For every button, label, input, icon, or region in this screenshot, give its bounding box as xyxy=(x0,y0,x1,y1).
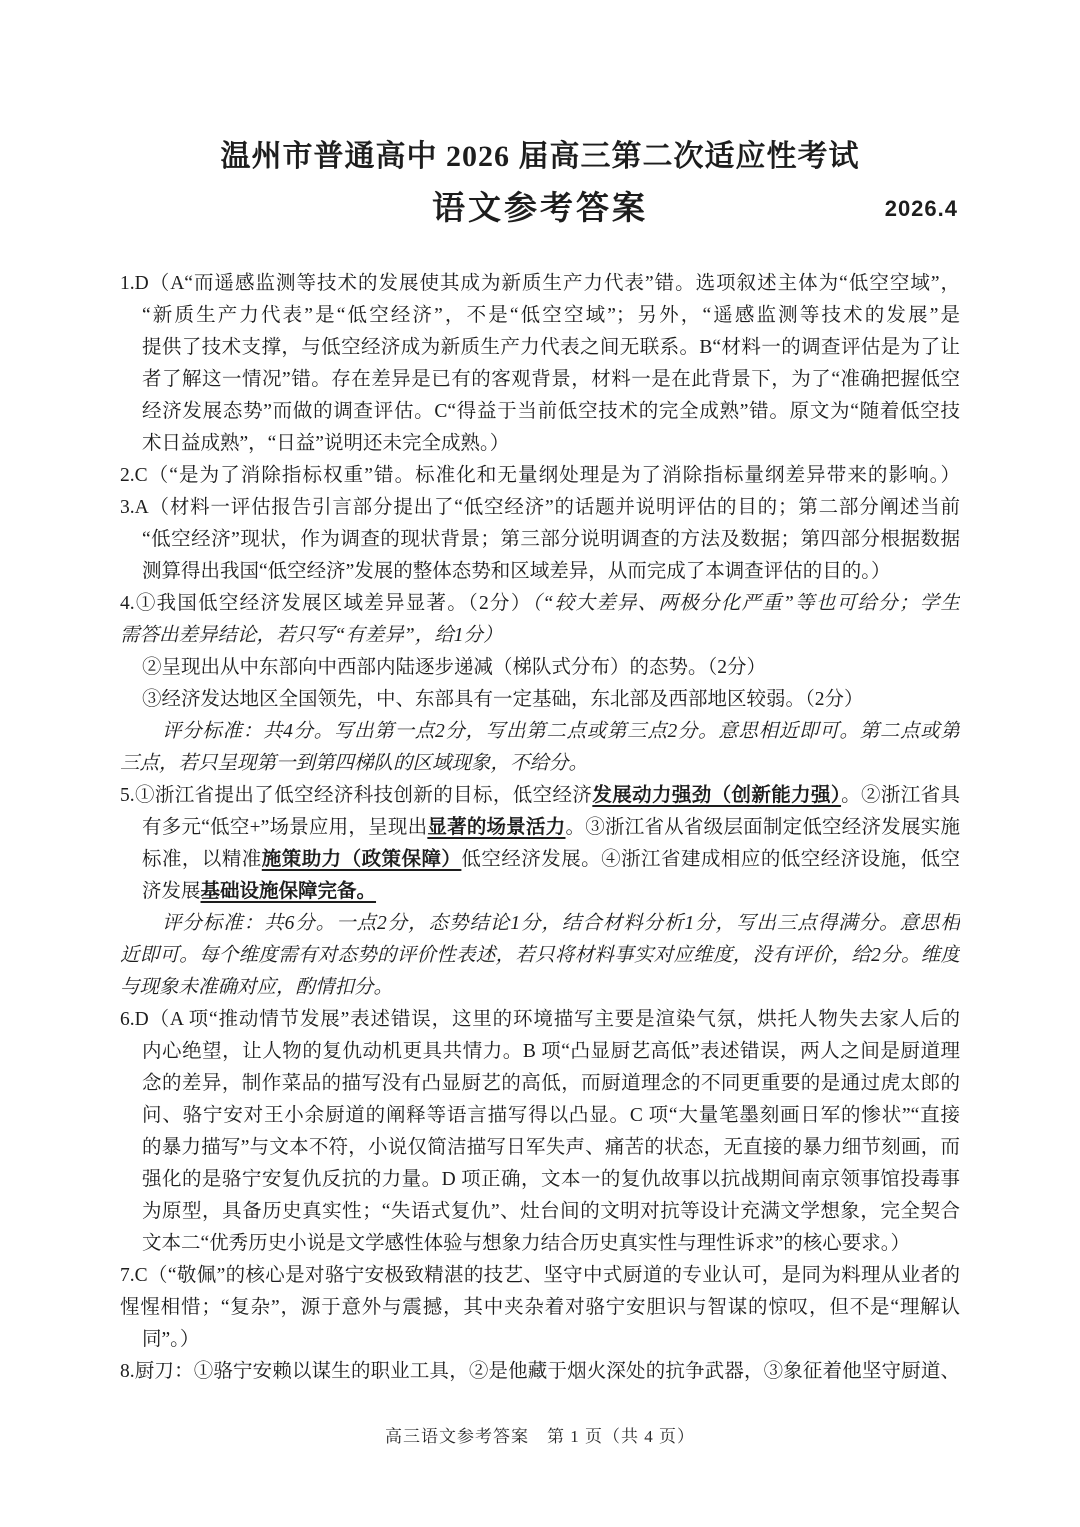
text-segment-normal: 3.A（材料一评估报告引言部分提出了“低空经济”的话题并说明评估的目的；第二部分… xyxy=(120,497,960,518)
text-segment-kaiti: 近即可。每个维度需有对态势的评价性表述，若只将材料事实对应维度，没有评价，给2分… xyxy=(120,945,960,966)
text-segment-normal: 强化的是骆宁安复仇反抗的力量。D 项正确，文本一的复仇故事以抗战期间南京领事馆投… xyxy=(142,1169,960,1196)
answer-line: 需答出差异结论，若只写“有差异”，给1分） xyxy=(120,620,960,652)
text-segment-bold-underline: 基础设施保障完备。 xyxy=(201,881,377,902)
answer-line: ②呈现出从中东部向中西部内陆逐步递减（梯队式分布）的态势。（2分） xyxy=(120,652,960,684)
text-segment-kaiti: 与现象未准确对应，酌情扣分。 xyxy=(120,977,393,998)
text-segment-normal: ②呈现出从中东部向中西部内陆逐步递减（梯队式分布）的态势。（2分） xyxy=(142,657,766,678)
answer-line: 3.A（材料一评估报告引言部分提出了“低空经济”的话题并说明评估的目的；第二部分… xyxy=(120,492,960,524)
text-segment-normal: 同”。） xyxy=(142,1329,199,1350)
text-segment-normal: 8.厨刀：①骆宁安赖以谋生的职业工具，②是他藏于烟火深处的抗争武器，③象征着他坚… xyxy=(120,1361,960,1382)
answer-line: 测算得出我国“低空经济”发展的整体态势和区域差异，从而完成了本调查评估的目的。） xyxy=(120,556,960,588)
exam-title: 温州市普通高中 2026 届高三第二次适应性考试 xyxy=(0,136,1080,178)
answer-line: 2.C（“是为了消除指标权重”错。标准化和无量纲处理是为了消除指标量纲差异带来的… xyxy=(120,460,960,492)
page-footer: 高三语文参考答案 第 1 页（共 4 页） xyxy=(0,1422,1080,1447)
answer-line: 标准，以精准施策助力（政策保障）低空经济发展。④浙江省建成相应的低空经济设施，低… xyxy=(120,844,960,876)
document-header: 温州市普通高中 2026 届高三第二次适应性考试 语文参考答案 2026.4 xyxy=(0,0,1080,232)
answer-sheet-page: 温州市普通高中 2026 届高三第二次适应性考试 语文参考答案 2026.4 1… xyxy=(0,0,1080,1527)
exam-date: 2026.4 xyxy=(885,196,958,222)
answer-line: 术日益成熟”，“日益”说明还未完全成熟。） xyxy=(120,428,960,460)
text-segment-normal: 惺惺相惜；“复杂”，源于意外与震撼，其中夹杂着对骆宁安胆识与智谋的惊叹，但不是“… xyxy=(120,1297,960,1318)
text-segment-normal: ③经济发达地区全国领先，中、东部具有一定基础，东北部及西部地区较弱。（2分） xyxy=(142,689,864,710)
text-segment-normal: 问、骆宁安对王小余厨道的阐释等语言描写得以凸显。C 项“大量笔墨刻画日军的惨状”… xyxy=(142,1105,960,1126)
answer-line: 强化的是骆宁安复仇反抗的力量。D 项正确，文本一的复仇故事以抗战期间南京领事馆投… xyxy=(120,1164,960,1196)
text-segment-kaiti: 评分标准：共6分。一点2分，态势结论1分，结合材料分析1分，写出三点得满分。意思… xyxy=(162,913,960,934)
text-segment-normal: 有多元“低空+”场景应用，呈现出 xyxy=(142,817,427,838)
text-segment-normal: 为原型，具备历史真实性；“失语式复仇”、灶台间的文明对抗等设计充满文学想象，完全… xyxy=(142,1201,960,1222)
text-segment-normal: 经济发展态势”而做的调查评估。C“得益于当前低空技术的完全成熟”错。原文为“随着… xyxy=(142,401,960,422)
answer-line: 近即可。每个维度需有对态势的评价性表述，若只将材料事实对应维度，没有评价，给2分… xyxy=(120,940,960,972)
answer-title: 语文参考答案 xyxy=(432,191,648,227)
text-segment-normal: 。③浙江省从省级层面制定低空经济发展实施 xyxy=(566,817,960,838)
answer-line: 5.①浙江省提出了低空经济科技创新的目标，低空经济发展动力强劲（创新能力强）。②… xyxy=(120,780,960,812)
text-segment-normal: 者了解这一情况”错。存在差异是已有的客观背景，材料一是在此背景下，为了“准确把握… xyxy=(142,369,960,390)
answer-line: 问、骆宁安对王小余厨道的阐释等语言描写得以凸显。C 项“大量笔墨刻画日军的惨状”… xyxy=(120,1100,960,1132)
text-segment-normal: 术日益成熟”，“日益”说明还未完全成熟。） xyxy=(142,433,509,454)
answer-line: 济发展基础设施保障完备。 xyxy=(120,876,960,908)
answer-line: 与现象未准确对应，酌情扣分。 xyxy=(120,972,960,1004)
answer-line: 文本二“优秀历史小说是文学感性体验与想象力结合历史真实性与理性诉求”的核心要求。… xyxy=(120,1228,960,1260)
text-segment-bold-underline: 显著的场景活力 xyxy=(427,817,565,838)
text-segment-normal: 济发展 xyxy=(142,881,201,902)
text-segment-normal: 6.D（A 项“推动情节发展”表述错误，这里的环境描写主要是渲染气氛，烘托人物失… xyxy=(120,1009,960,1030)
text-segment-normal: 5.①浙江省提出了低空经济科技创新的目标，低空经济 xyxy=(120,785,592,806)
answer-line: 有多元“低空+”场景应用，呈现出显著的场景活力。③浙江省从省级层面制定低空经济发… xyxy=(120,812,960,844)
text-segment-normal: “新质生产力代表”是“低空经济”，不是“低空空域”；另外，“遥感监测等技术的发展… xyxy=(142,305,960,326)
text-segment-normal: 内心绝望，让人物的复仇动机更具共情力。B 项“凸显厨艺高低”表述错误，两人之间是… xyxy=(142,1041,960,1062)
answer-line: 评分标准：共4分。写出第一点2分，写出第二点或第三点2分。意思相近即可。第二点或… xyxy=(120,716,960,748)
answer-line: 三点，若只呈现第一到第四梯队的区域现象，不给分。 xyxy=(120,748,960,780)
answer-line: “低空经济”现状，作为调查的现状背景；第三部分说明调查的方法及数据；第四部分根据… xyxy=(120,524,960,556)
text-segment-kaiti: 评分标准：共4分。写出第一点2分，写出第二点或第三点2分。意思相近即可。第二点或… xyxy=(162,721,960,742)
text-segment-normal: “低空经济”现状，作为调查的现状背景；第三部分说明调查的方法及数据；第四部分根据… xyxy=(142,529,960,550)
text-segment-normal: 。②浙江省具 xyxy=(841,785,960,806)
text-segment-bold-underline: 施策助力（政策保障） xyxy=(262,849,462,870)
answer-line: 6.D（A 项“推动情节发展”表述错误，这里的环境描写主要是渲染气氛，烘托人物失… xyxy=(120,1004,960,1036)
answer-line: 的暴力描写”与文本不符，小说仅简洁描写日军失声、痛苦的状态，无直接的暴力细节刻画… xyxy=(120,1132,960,1164)
answer-line: 1.D（A“而遥感监测等技术的发展使其成为新质生产力代表”错。选项叙述主体为“低… xyxy=(120,268,960,300)
text-segment-kaiti: 需答出差异结论，若只写“有差异”，给1分） xyxy=(120,625,502,646)
answer-line: 8.厨刀：①骆宁安赖以谋生的职业工具，②是他藏于烟火深处的抗争武器，③象征着他坚… xyxy=(120,1356,960,1388)
text-segment-normal: 的暴力描写”与文本不符，小说仅简洁描写日军失声、痛苦的状态，无直接的暴力细节刻画… xyxy=(142,1137,960,1158)
answer-body: 1.D（A“而遥感监测等技术的发展使其成为新质生产力代表”错。选项叙述主体为“低… xyxy=(120,268,960,1388)
answer-line: ③经济发达地区全国领先，中、东部具有一定基础，东北部及西部地区较弱。（2分） xyxy=(120,684,960,716)
text-segment-normal: 提供了技术支撑，与低空经济成为新质生产力代表之间无联系。B“材料一的调查评估是为… xyxy=(142,337,960,364)
text-segment-normal: 2.C（“是为了消除指标权重”错。标准化和无量纲处理是为了消除指标量纲差异带来的… xyxy=(120,465,960,486)
answer-line: 者了解这一情况”错。存在差异是已有的客观背景，材料一是在此背景下，为了“准确把握… xyxy=(120,364,960,396)
text-segment-kaiti: 三点，若只呈现第一到第四梯队的区域现象，不给分。 xyxy=(120,753,588,774)
answer-line: 4.①我国低空经济发展区域差异显著。（2分）（“较大差异、两极分化严重”等也可给… xyxy=(120,588,960,620)
answer-line: 提供了技术支撑，与低空经济成为新质生产力代表之间无联系。B“材料一的调查评估是为… xyxy=(120,332,960,364)
text-segment-bold-underline: 发展动力强劲（创新能力强） xyxy=(592,785,841,806)
text-segment-normal: 1.D（A“而遥感监测等技术的发展使其成为新质生产力代表”错。选项叙述主体为“低… xyxy=(120,273,960,294)
answer-line: 为原型，具备历史真实性；“失语式复仇”、灶台间的文明对抗等设计充满文学想象，完全… xyxy=(120,1196,960,1228)
answer-line: 同”。） xyxy=(120,1324,960,1356)
answer-line: 评分标准：共6分。一点2分，态势结论1分，结合材料分析1分，写出三点得满分。意思… xyxy=(120,908,960,940)
text-segment-kaiti: （“较大差异、两极分化严重”等也可给分；学生 xyxy=(532,593,960,614)
subtitle-row: 语文参考答案 2026.4 xyxy=(0,186,1080,232)
text-segment-normal: 文本二“优秀历史小说是文学感性体验与想象力结合历史真实性与理性诉求”的核心要求。… xyxy=(142,1233,910,1254)
text-segment-normal: 标准，以精准 xyxy=(142,849,262,870)
answer-line: 内心绝望，让人物的复仇动机更具共情力。B 项“凸显厨艺高低”表述错误，两人之间是… xyxy=(120,1036,960,1068)
text-segment-normal: 4.①我国低空经济发展区域差异显著。（2分） xyxy=(120,593,532,614)
answer-line: 惺惺相惜；“复杂”，源于意外与震撼，其中夹杂着对骆宁安胆识与智谋的惊叹，但不是“… xyxy=(120,1292,960,1324)
answer-line: 念的差异，制作菜品的描写没有凸显厨艺的高低，而厨道理念的不同更重要的是通过虎太郎… xyxy=(120,1068,960,1100)
answer-line: 经济发展态势”而做的调查评估。C“得益于当前低空技术的完全成熟”错。原文为“随着… xyxy=(120,396,960,428)
answer-line: “新质生产力代表”是“低空经济”，不是“低空空域”；另外，“遥感监测等技术的发展… xyxy=(120,300,960,332)
text-segment-normal: 测算得出我国“低空经济”发展的整体态势和区域差异，从而完成了本调查评估的目的。） xyxy=(142,561,891,582)
answer-line: 7.C（“敬佩”的核心是对骆宁安极致精湛的技艺、坚守中式厨道的专业认可，是同为料… xyxy=(120,1260,960,1292)
text-segment-normal: 念的差异，制作菜品的描写没有凸显厨艺的高低，而厨道理念的不同更重要的是通过虎太郎… xyxy=(142,1073,960,1100)
text-segment-normal: 7.C（“敬佩”的核心是对骆宁安极致精湛的技艺、坚守中式厨道的专业认可，是同为料… xyxy=(120,1265,960,1286)
